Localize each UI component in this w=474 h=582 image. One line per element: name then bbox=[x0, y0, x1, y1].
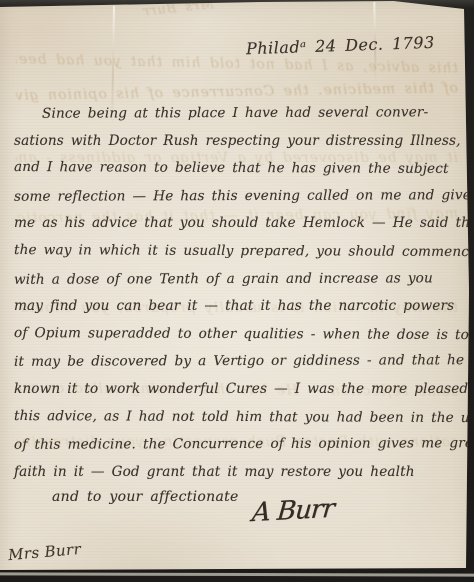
letter-line: known it to work wonderful Cures — I was… bbox=[14, 376, 464, 404]
letter-line: with a dose of one Tenth of a grain and … bbox=[14, 265, 464, 294]
letter-line: the way in which it is usually prepared,… bbox=[14, 237, 464, 267]
letter-line: sations with Doctor Rush respecting your… bbox=[14, 128, 464, 156]
letter-line: may find you can bear it — that it has t… bbox=[14, 293, 464, 321]
letter-body: Since being at this place I have had sev… bbox=[14, 100, 464, 486]
letter-line: of this medicine. the Concurrence of his… bbox=[14, 430, 464, 459]
letter-line: it may be discovered by a Vertigo or gid… bbox=[14, 348, 464, 377]
letter-line: this advice, as I had not told him that … bbox=[14, 403, 464, 433]
docket-addressee: Mrs Burr bbox=[7, 540, 82, 564]
page-edge bbox=[0, 572, 474, 576]
letter-line: of Opium superadded to other qualities -… bbox=[14, 320, 464, 350]
letter-paper: Mrs Burr this advice, as I had not told … bbox=[0, 0, 474, 582]
signature: A Burr bbox=[251, 494, 335, 528]
letter-scan: Mrs Burr this advice, as I had not told … bbox=[0, 0, 474, 582]
letter-line: and I have reason to believe that he has… bbox=[14, 154, 464, 184]
letter-line: me as his advice that you should take He… bbox=[14, 210, 464, 238]
bleed-through-line: Mrs Burr bbox=[6, 0, 214, 34]
letter-line: Since being at this place I have had sev… bbox=[14, 99, 464, 128]
bleed-through-line: this advice, as I had not told him that … bbox=[16, 51, 458, 76]
letter-line: some reflection — He has this evening ca… bbox=[14, 182, 464, 211]
closing: and to your affectionate bbox=[52, 489, 239, 505]
letter-line: faith in it — God grant that it may rest… bbox=[14, 459, 464, 487]
dateline: Philadᵃ 24 Dec. 1793 bbox=[246, 33, 435, 59]
